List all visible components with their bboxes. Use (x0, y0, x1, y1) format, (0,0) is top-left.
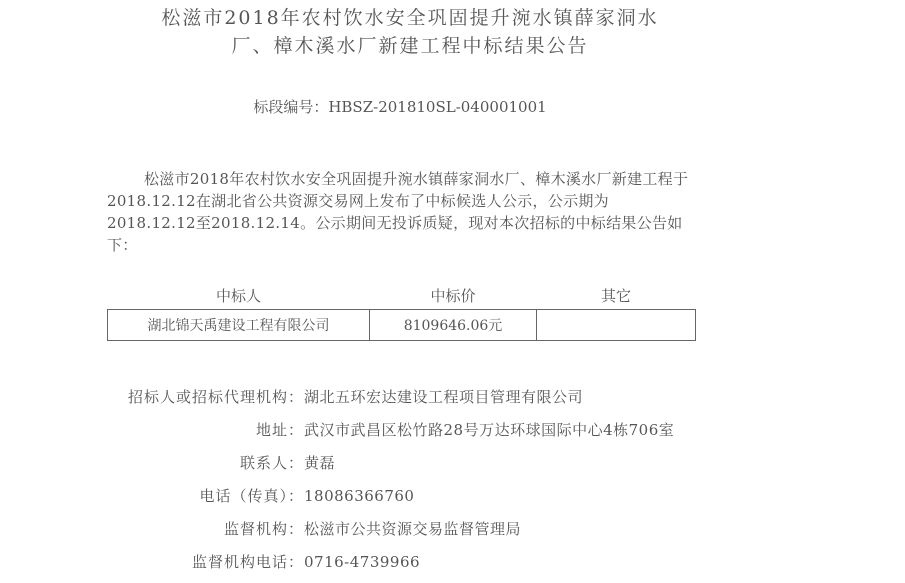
supervisor-label: 监督机构： (90, 518, 304, 539)
phone-label: 电话（传真）： (90, 485, 304, 506)
header-winning-price: 中标价 (370, 282, 537, 310)
contact-value: 黄磊 (304, 452, 335, 473)
supervisor-value: 松滋市公共资源交易监督管理局 (304, 518, 521, 539)
info-row-phone: 电话（传真）： 18086366760 (90, 479, 674, 512)
address-value: 武汉市武昌区松竹路28号万达环球国际中心4栋706室 (304, 419, 674, 440)
results-table: 中标人 中标价 其它 湖北锦天禹建设工程有限公司 8109646.06元 (107, 282, 696, 341)
header-winning-bidder: 中标人 (108, 282, 370, 310)
phone-value: 18086366760 (304, 487, 414, 505)
address-label: 地址： (90, 419, 304, 440)
info-row-supervisor-phone: 监督机构电话： 0716-4739966 (90, 545, 674, 578)
table-header-row: 中标人 中标价 其它 (108, 282, 696, 310)
info-row-agency: 招标人或招标代理机构： 湖北五环宏达建设工程项目管理有限公司 (90, 380, 674, 413)
table-row: 湖北锦天禹建设工程有限公司 8109646.06元 (108, 310, 696, 341)
info-row-address: 地址： 武汉市武昌区松竹路28号万达环球国际中心4栋706室 (90, 413, 674, 446)
header-other: 其它 (537, 282, 696, 310)
title-line-1: 松滋市2018年农村饮水安全巩固提升涴水镇薛家洞水 (100, 4, 720, 32)
info-row-contact: 联系人： 黄磊 (90, 446, 674, 479)
agency-label: 招标人或招标代理机构： (90, 386, 304, 407)
contact-label: 联系人： (90, 452, 304, 473)
cell-winning-price: 8109646.06元 (370, 310, 537, 341)
contact-info: 招标人或招标代理机构： 湖北五环宏达建设工程项目管理有限公司 地址： 武汉市武昌… (90, 380, 674, 578)
section-number: 标段编号：HBSZ-201810SL-040001001 (0, 96, 800, 118)
cell-winning-bidder: 湖北锦天禹建设工程有限公司 (108, 310, 370, 341)
supervisor-phone-label: 监督机构电话： (90, 551, 304, 572)
title-line-2: 厂、樟木溪水厂新建工程中标结果公告 (100, 32, 720, 60)
info-row-supervisor: 监督机构： 松滋市公共资源交易监督管理局 (90, 512, 674, 545)
agency-value: 湖北五环宏达建设工程项目管理有限公司 (304, 386, 583, 407)
supervisor-phone-value: 0716-4739966 (304, 553, 420, 571)
announcement-title: 松滋市2018年农村饮水安全巩固提升涴水镇薛家洞水 厂、樟木溪水厂新建工程中标结… (100, 4, 720, 60)
cell-other (537, 310, 696, 341)
intro-paragraph: 松滋市2018年农村饮水安全巩固提升涴水镇薛家洞水厂、樟木溪水厂新建工程于201… (107, 168, 697, 256)
